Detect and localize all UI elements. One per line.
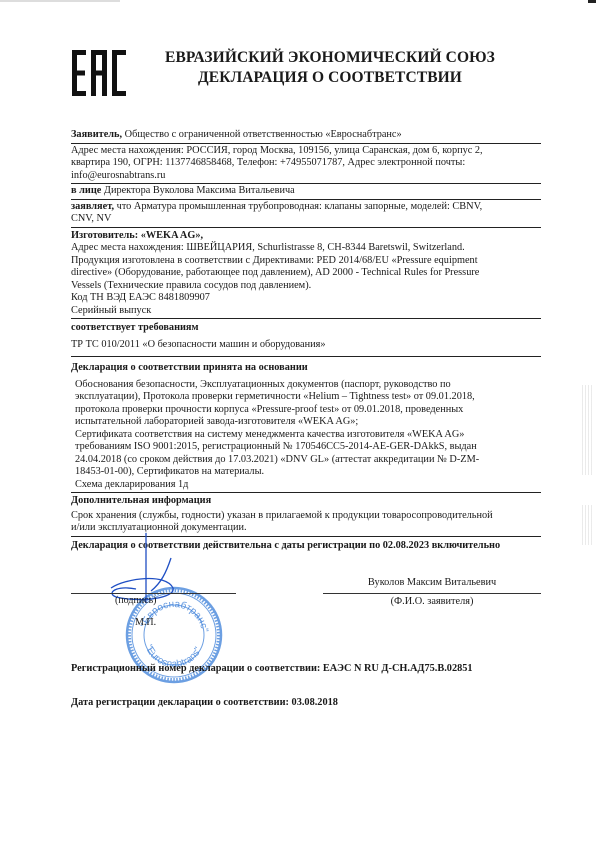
applicant-address: Адрес места нахождения: РОССИЯ, город Мо…: [71, 144, 541, 185]
manufacturer-directive: directive» (Оборудование, работающее под…: [71, 267, 541, 280]
seal-caption: М.П.: [135, 617, 156, 628]
additional-line: Срок хранения (службы, годности) указан …: [71, 510, 541, 523]
scan-artifact: [588, 0, 596, 3]
address-line: Адрес места нахождения: РОССИЯ, город Мо…: [71, 145, 541, 158]
registration-date: Дата регистрации декларации о соответств…: [71, 697, 338, 708]
declaration-scheme: Схема декларирования 1д: [75, 479, 541, 492]
basis-label: Декларация о соответствии принята на осн…: [71, 362, 541, 375]
technical-regulation: ТР ТС 010/2011 «О безопасности машин и о…: [71, 339, 326, 350]
hs-code: Код ТН ВЭД ЕАЭС 8481809907: [71, 292, 541, 305]
name-line: [323, 593, 541, 594]
fio-caption: (Ф.И.О. заявителя): [323, 596, 541, 607]
additional-info-label: Дополнительная информация: [71, 495, 541, 508]
represented-by-row: в лице Директора Вуколова Максима Виталь…: [71, 184, 541, 200]
title-line-2: ДЕКЛАРАЦИЯ О СООТВЕТСТВИИ: [150, 68, 510, 88]
title-line-1: ЕВРАЗИЙСКИЙ ЭКОНОМИЧЕСКИЙ СОЮЗ: [150, 48, 510, 68]
declaration-page: ЕВРАЗИЙСКИЙ ЭКОНОМИЧЕСКИЙ СОЮЗ ДЕКЛАРАЦИ…: [0, 0, 596, 842]
compliance-value-row: ТР ТС 010/2011 «О безопасности машин и о…: [71, 338, 541, 358]
basis-line: 18453-01-00), Сертификатов на материалы.: [75, 466, 541, 479]
declaration-body: Заявитель, Общество с ограниченной ответ…: [71, 128, 541, 553]
basis-line: 24.04.2018 (со сроком действия до 17.03.…: [75, 454, 541, 467]
manufacturer-label: Изготовитель: «WEKA AG»,: [71, 230, 541, 243]
product-text: что Арматура промышленная трубопроводная…: [114, 201, 482, 212]
scan-artifact: [582, 385, 594, 475]
eac-logo-icon: [72, 50, 126, 96]
applicant-row: Заявитель, Общество с ограниченной ответ…: [71, 128, 541, 144]
manufacturer-directive: Vessels (Технические правила сосудов под…: [71, 280, 541, 293]
declares-row: заявляет, что Арматура промышленная труб…: [71, 200, 541, 228]
applicant-label: Заявитель,: [71, 129, 122, 140]
email-text: info@eurosnabtrans.ru: [71, 170, 541, 183]
basis-line: протокола проверки прочности корпуса «Pr…: [75, 404, 541, 417]
basis-line: Сертификата соответствия на систему мене…: [75, 429, 541, 442]
represented-label: в лице: [71, 185, 101, 196]
registration-number: Регистрационный номер декларации о соотв…: [71, 663, 473, 674]
represented-value: Директора Вуколова Максима Витальевича: [101, 185, 294, 196]
document-title: ЕВРАЗИЙСКИЙ ЭКОНОМИЧЕСКИЙ СОЮЗ ДЕКЛАРАЦИ…: [150, 48, 510, 88]
applicant-name: Общество с ограниченной ответственностью…: [122, 129, 402, 140]
manufacturer-section: Изготовитель: «WEKA AG», Адрес места нах…: [71, 228, 541, 320]
basis-line: Обоснования безопасности, Эксплуатационн…: [75, 379, 541, 392]
manufacturer-directive: Продукция изготовлена в соответствии с Д…: [71, 255, 541, 268]
basis-documents: Обоснования безопасности, Эксплуатационн…: [71, 378, 541, 494]
production-type: Серийный выпуск: [71, 305, 541, 318]
compliance-label: соответствует требованиям: [71, 322, 199, 333]
address-line: квартира 190, ОГРН: 1137746858468, Телеф…: [71, 157, 541, 170]
declares-label: заявляет,: [71, 201, 114, 212]
signatory-name: Вуколов Максим Витальевич: [323, 577, 541, 588]
additional-info-section: Дополнительная информация: [71, 493, 541, 509]
basis-line: испытательной лабораторией завода-изгото…: [75, 416, 541, 429]
signature-caption: (подпись): [115, 595, 157, 606]
signature-line: [71, 593, 236, 594]
manufacturer-address: Адрес места нахождения: ШВЕЙЦАРИЯ, Schur…: [71, 242, 541, 255]
scan-artifact: [0, 0, 120, 2]
basis-line: требованиям ISO 9001:2015, регистрационн…: [75, 441, 541, 454]
basis-line: эксплуатации), Протокола проверки гермет…: [75, 391, 541, 404]
product-models: CNV, NV: [71, 213, 541, 226]
compliance-label-row: соответствует требованиям: [71, 319, 541, 338]
basis-section: Декларация о соответствии принята на осн…: [71, 357, 541, 378]
scan-artifact: [582, 505, 594, 545]
